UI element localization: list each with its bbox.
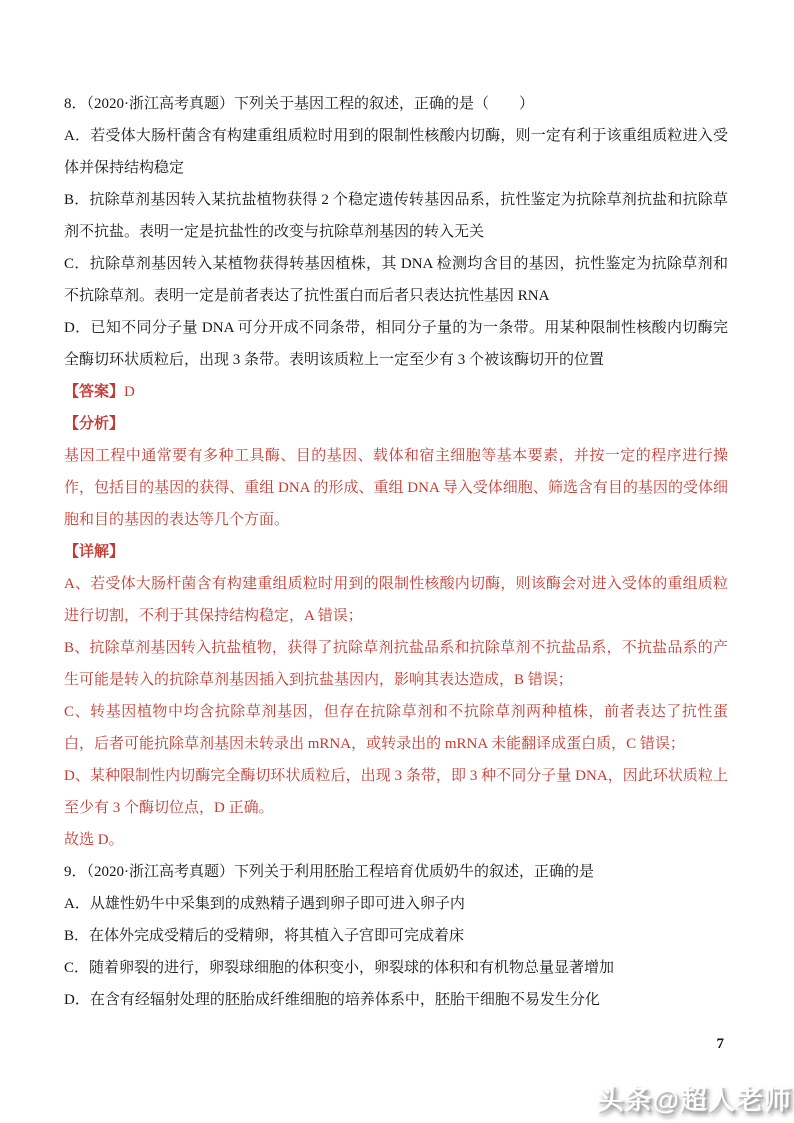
paragraph-text: D、某种限制性内切酶完全酶切环状质粒后，出现 3 条带，即 3 种不同分子量 D… <box>64 768 728 816</box>
page-number: 7 <box>0 1034 724 1054</box>
paragraph: C．抗除草剂基因转入某植物获得转基因植株，其 DNA 检测均含目的基因，抗性鉴定… <box>64 248 728 312</box>
paragraph-text: A、若受体大肠杆菌含有构建重组质粒时用到的限制性核酸内切酶，则该酶会对进入受体的… <box>64 576 728 624</box>
paragraph: A．从雄性奶牛中采集到的成熟精子遇到卵子即可进入卵子内 <box>64 888 728 920</box>
paragraph-text: 基因工程中通常要有多种工具酶、目的基因、载体和宿主细胞等基本要素，并按一定的程序… <box>64 448 728 528</box>
paragraph: 【详解】 <box>64 536 728 568</box>
paragraph: D．在含有经辐射处理的胚胎成纤维细胞的培养体系中，胚胎干细胞不易发生分化 <box>64 984 728 1016</box>
paragraph-text: D <box>124 384 135 400</box>
paragraph: A．若受体大肠杆菌含有构建重组质粒时用到的限制性核酸内切酶，则一定有利于该重组质… <box>64 120 728 184</box>
paragraph-text: C、转基因植物中均含抗除草剂基因，但存在抗除草剂和不抗除草剂两种植株，前者表达了… <box>64 704 728 752</box>
watermark-text: 头条@超人老师 <box>597 1078 792 1117</box>
paragraph-text: B．在体外完成受精后的受精卵，将其植入子宫即可完成着床 <box>64 928 464 944</box>
paragraph: B、抗除草剂基因转入抗盐植物，获得了抗除草剂抗盐品系和抗除草剂不抗盐品系，不抗盐… <box>64 632 728 696</box>
paragraph-label: 【答案】 <box>64 384 124 400</box>
paragraph: 8．（2020·浙江高考真题）下列关于基因工程的叙述，正确的是（ ） <box>64 88 728 120</box>
paragraph: C．随着卵裂的进行，卵裂球细胞的体积变小，卵裂球的体积和有机物总量显著增加 <box>64 952 728 984</box>
paragraph: D、某种限制性内切酶完全酶切环状质粒后，出现 3 条带，即 3 种不同分子量 D… <box>64 760 728 824</box>
paragraph: A、若受体大肠杆菌含有构建重组质粒时用到的限制性核酸内切酶，则该酶会对进入受体的… <box>64 568 728 632</box>
paragraph: 故选 D。 <box>64 824 728 856</box>
paragraph-text: 8．（2020·浙江高考真题）下列关于基因工程的叙述，正确的是（ ） <box>64 96 534 112</box>
paragraph-text: B．抗除草剂基因转入某抗盐植物获得 2 个稳定遗传转基因品系，抗性鉴定为抗除草剂… <box>64 192 728 240</box>
paragraph-text: 故选 D。 <box>64 832 124 848</box>
paragraph-text: D．已知不同分子量 DNA 可分开成不同条带，相同分子量的为一条带。用某种限制性… <box>64 320 728 368</box>
paragraph-text: A．若受体大肠杆菌含有构建重组质粒时用到的限制性核酸内切酶，则一定有利于该重组质… <box>64 128 728 176</box>
paragraph: 基因工程中通常要有多种工具酶、目的基因、载体和宿主细胞等基本要素，并按一定的程序… <box>64 440 728 536</box>
paragraph: 9．（2020·浙江高考真题）下列关于利用胚胎工程培育优质奶牛的叙述，正确的是 <box>64 856 728 888</box>
paragraph-text: C．抗除草剂基因转入某植物获得转基因植株，其 DNA 检测均含目的基因，抗性鉴定… <box>64 256 728 304</box>
paragraph: B．抗除草剂基因转入某抗盐植物获得 2 个稳定遗传转基因品系，抗性鉴定为抗除草剂… <box>64 184 728 248</box>
paragraph-label: 【详解】 <box>64 544 124 560</box>
document-page: 8．（2020·浙江高考真题）下列关于基因工程的叙述，正确的是（ ）A．若受体大… <box>0 0 794 1123</box>
paragraph: C、转基因植物中均含抗除草剂基因，但存在抗除草剂和不抗除草剂两种植株，前者表达了… <box>64 696 728 760</box>
paragraph-text: B、抗除草剂基因转入抗盐植物，获得了抗除草剂抗盐品系和抗除草剂不抗盐品系，不抗盐… <box>64 640 728 688</box>
paragraph: D．已知不同分子量 DNA 可分开成不同条带，相同分子量的为一条带。用某种限制性… <box>64 312 728 376</box>
paragraph: 【答案】D <box>64 376 728 408</box>
paragraph: 【分析】 <box>64 408 728 440</box>
paragraph-text: 9．（2020·浙江高考真题）下列关于利用胚胎工程培育优质奶牛的叙述，正确的是 <box>64 864 594 880</box>
paragraph-text: C．随着卵裂的进行，卵裂球细胞的体积变小，卵裂球的体积和有机物总量显著增加 <box>64 960 614 976</box>
paragraph-text: D．在含有经辐射处理的胚胎成纤维细胞的培养体系中，胚胎干细胞不易发生分化 <box>64 992 600 1008</box>
paragraph-label: 【分析】 <box>64 416 124 432</box>
document-body: 8．（2020·浙江高考真题）下列关于基因工程的叙述，正确的是（ ）A．若受体大… <box>64 88 728 1016</box>
paragraph: B．在体外完成受精后的受精卵，将其植入子宫即可完成着床 <box>64 920 728 952</box>
paragraph-text: A．从雄性奶牛中采集到的成熟精子遇到卵子即可进入卵子内 <box>64 896 465 912</box>
